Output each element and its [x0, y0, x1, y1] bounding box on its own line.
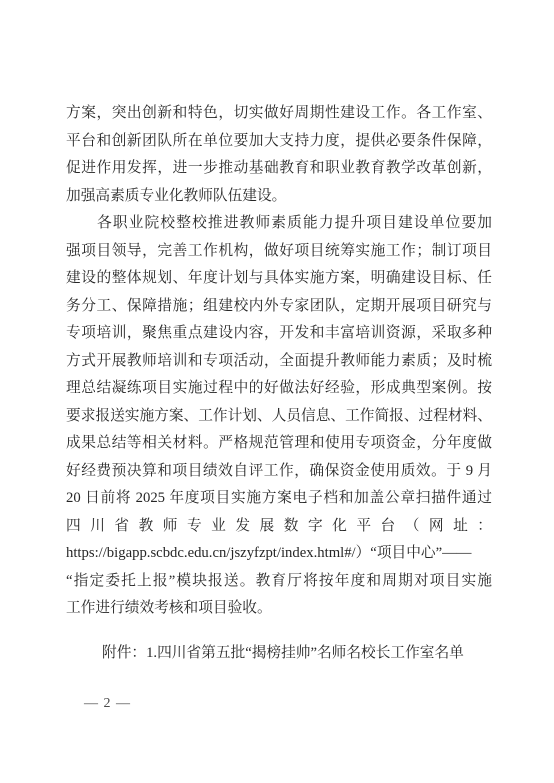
text-line: 方式开展教师培训和专项活动，全面提升教师能力素质；及时梳 [66, 348, 492, 376]
text-line: “指定委托上报”模块报送。教育厅将按年度和周期对项目实施 [66, 568, 492, 596]
document-page: 方案，突出创新和特色，切实做好周期性建设工作。各工作室、 平台和创新团队所在单位… [0, 0, 554, 783]
text-line: 理总结凝练项目实施过程中的好做法好经验，形成典型案例。按 [66, 375, 492, 403]
body-text: 方案，突出创新和特色，切实做好周期性建设工作。各工作室、 平台和创新团队所在单位… [66, 100, 492, 667]
text-line: 工作进行绩效考核和项目验收。 [66, 595, 492, 623]
page-number: — 2 — [84, 695, 131, 713]
text-line: 方案，突出创新和特色，切实做好周期性建设工作。各工作室、 [66, 100, 492, 128]
paragraph-gap [66, 623, 492, 640]
text-line-platform-name: 四川省教师专业发展数字化平台（网址： [66, 513, 492, 541]
text-line-paragraph-start: 各职业院校整校推进教师素质能力提升项目建设单位要加 [66, 210, 492, 238]
text-line-url: https://bigapp.scbdc.edu.cn/jszyfzpt/ind… [66, 540, 492, 568]
text-line: 建设的整体规划、年度计划与具体实施方案，明确建设目标、任 [66, 265, 492, 293]
text-line: 20 日前将 2025 年度项目实施方案电子档和加盖公章扫描件通过 [66, 485, 492, 513]
text-line: 好经费预决算和项目绩效自评工作，确保资金使用质效。于 9 月 [66, 458, 492, 486]
text-line: 务分工、保障措施；组建校内外专家团队，定期开展项目研究与 [66, 293, 492, 321]
text-line: 加强高素质专业化教师队伍建设。 [66, 183, 492, 211]
text-line: 促进作用发挥，进一步推动基础教育和职业教育教学改革创新， [66, 155, 492, 183]
text-line: 强项目领导，完善工作机构，做好项目统筹实施工作；制订项目 [66, 238, 492, 266]
text-line: 要求报送实施方案、工作计划、人员信息、工作简报、过程材料、 [66, 403, 492, 431]
text-line: 专项培训，聚焦重点建设内容，开发和丰富培训资源，采取多种 [66, 320, 492, 348]
text-line: 平台和创新团队所在单位要加大支持力度，提供必要条件保障， [66, 128, 492, 156]
attachment-line: 附件：1.四川省第五批“揭榜挂帅”名师名校长工作室名单 [66, 640, 492, 668]
text-line: 成果总结等相关材料。严格规范管理和使用专项资金，分年度做 [66, 430, 492, 458]
